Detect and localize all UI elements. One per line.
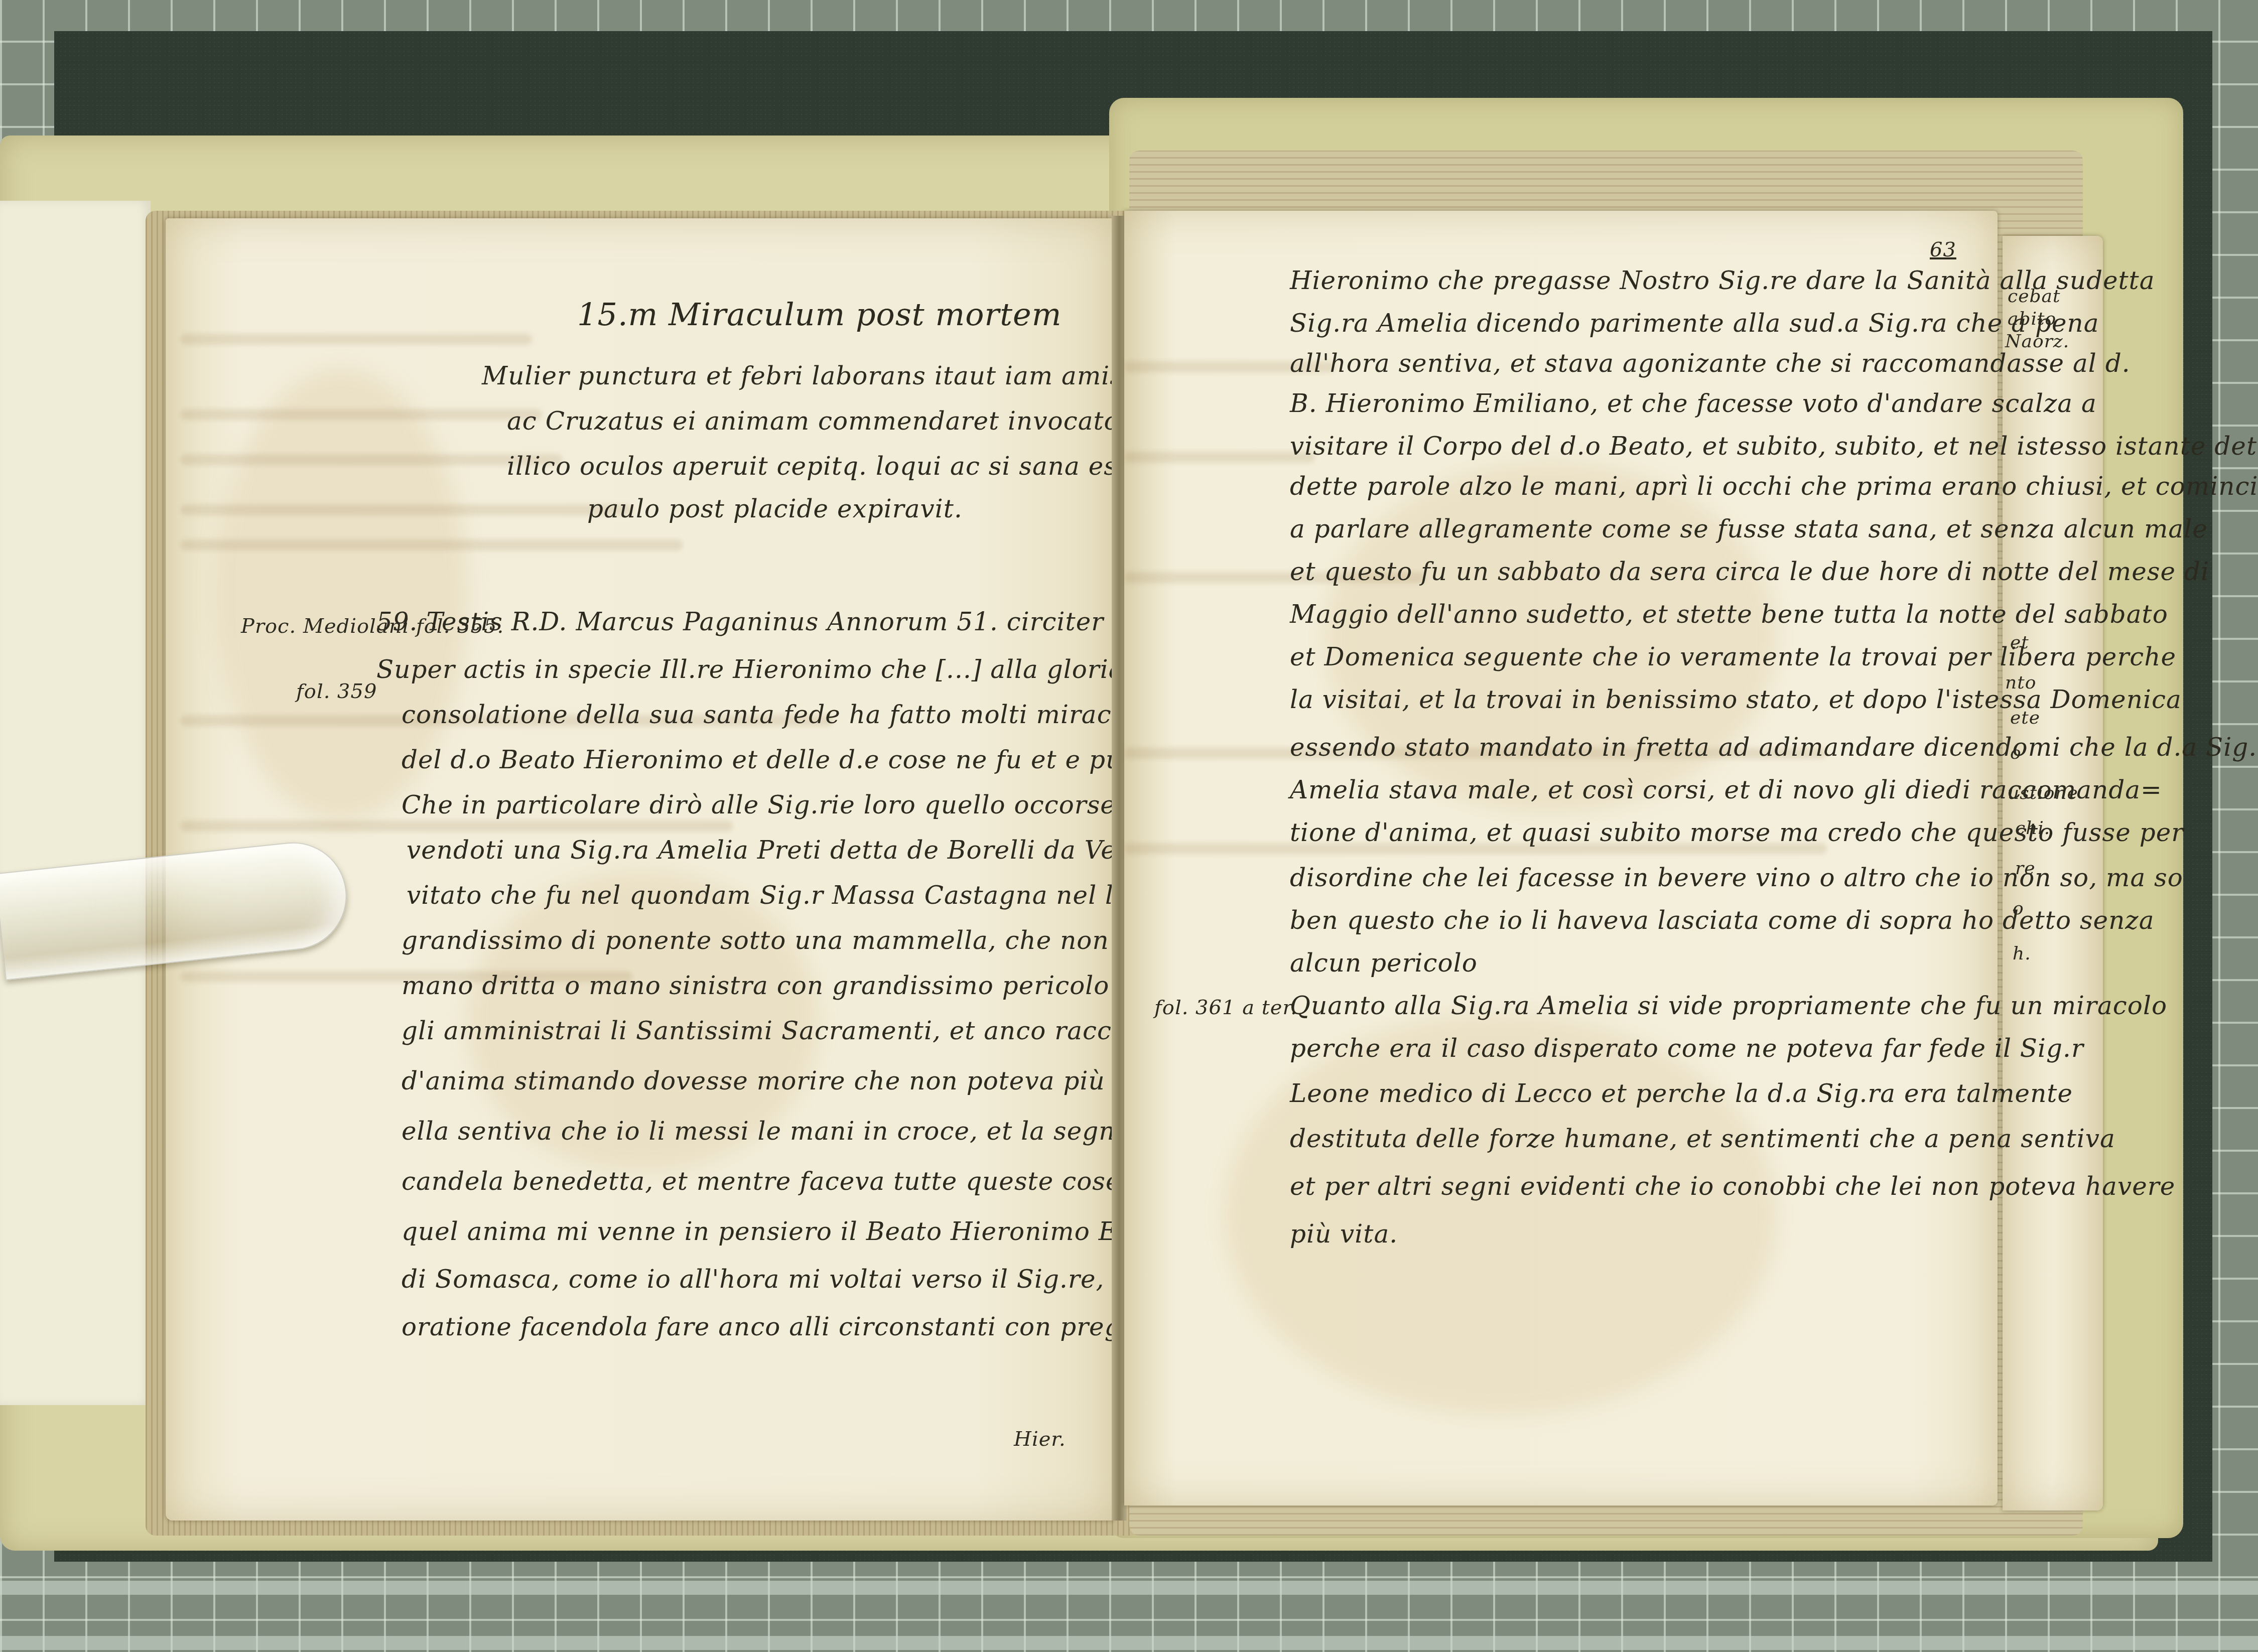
- tab-fragment: h.: [2013, 943, 2031, 964]
- text-line: all'hora sentiva, et stava agonizante ch…: [1290, 349, 2131, 378]
- miracle-heading: 15.m Miraculum post mortem: [577, 296, 1062, 333]
- margin-note: fol. 359: [296, 680, 377, 703]
- summary-line: illico oculos aperuit cepitq. loqui ac s…: [507, 452, 1200, 481]
- grid-band: [0, 1636, 2258, 1650]
- testimony-line: quel anima mi venne in pensiero il Beato…: [402, 1217, 1208, 1246]
- bleed-through: [181, 504, 632, 515]
- text-line: et Domenica seguente che io veramente la…: [1290, 642, 2176, 671]
- text-line: ben questo che io li haveva lasciata com…: [1290, 906, 2155, 935]
- text-line: destituta delle forze humane, et sentime…: [1290, 1124, 2115, 1153]
- text-line: perche era il caso disperato come ne pot…: [1290, 1034, 2084, 1063]
- summary-line: paulo post placide expiravit.: [587, 494, 963, 523]
- text-line: B. Hieronimo Emiliano, et che facesse vo…: [1290, 389, 2097, 418]
- text-line: a parlare allegramente come se fusse sta…: [1290, 514, 2208, 543]
- testimony-line: 59. Testis R.D. Marcus Paganinus Annorum…: [376, 607, 1240, 636]
- folio-number: 63: [1930, 238, 1956, 261]
- bleed-through: [181, 409, 542, 420]
- text-line: più vita.: [1290, 1219, 1398, 1249]
- text-line: essendo stato mandato in fretta ad adima…: [1290, 733, 2258, 762]
- testimony-line: ella sentiva che io li messi le mani in …: [402, 1117, 1217, 1146]
- catchword: Hier.: [1014, 1428, 1066, 1451]
- flyleaf: [0, 201, 151, 1405]
- text-line: disordine che lei facesse in bevere vino…: [1290, 863, 2183, 892]
- bleed-through: [181, 454, 562, 465]
- text-line: Amelia stava male, et così corsi, et di …: [1290, 775, 2162, 804]
- text-line: Hieronimo che pregasse Nostro Sig.re dar…: [1290, 266, 2155, 295]
- stain: [1225, 1014, 1777, 1415]
- testimony-line: vendoti una Sig.ra Amelia Preti detta de…: [407, 836, 1229, 865]
- text-line: alcun pericolo: [1290, 948, 1478, 978]
- bleed-through: [181, 539, 683, 550]
- bleed-through: [1124, 452, 1315, 463]
- text-line: dette parole alzo le mani, aprì li occhi…: [1290, 472, 2258, 501]
- bleed-through: [181, 334, 532, 345]
- bleed-through: [181, 820, 733, 832]
- text-line: et per altri segni evidenti che io conob…: [1290, 1172, 2175, 1201]
- text-line: Sig.ra Amelia dicendo parimente alla sud…: [1290, 309, 2099, 338]
- text-line: Quanto alla Sig.ra Amelia si vide propri…: [1290, 991, 2167, 1020]
- text-line: visitare il Corpo del d.o Beato, et subi…: [1290, 432, 2258, 461]
- text-line: tione d'anima, et quasi subito morse ma …: [1290, 818, 2184, 847]
- text-line: Leone medico di Lecco et perche la d.a S…: [1290, 1079, 2073, 1108]
- text-line: et questo fu un sabbato da sera circa le…: [1290, 557, 2209, 586]
- text-line: Maggio dell'anno sudetto, et stette bene…: [1290, 600, 2168, 629]
- margin-note: fol. 361 a ter.: [1154, 996, 1297, 1019]
- text-line: la visitai, et la trovai in benissimo st…: [1290, 685, 2182, 714]
- grid-band: [0, 1581, 2258, 1595]
- testimony-line: di Somasca, come io all'hora mi voltai v…: [402, 1265, 1196, 1294]
- right-page: 63 Hieronimo che pregasse Nostro Sig.re …: [1124, 211, 1998, 1505]
